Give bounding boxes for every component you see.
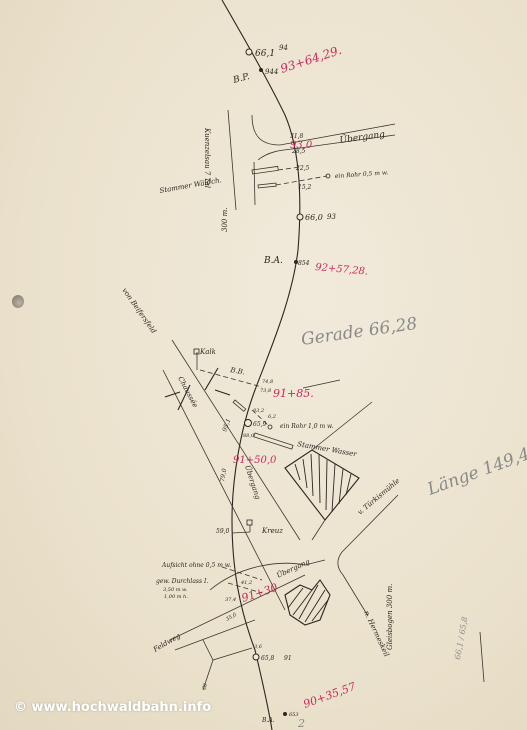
- label-hm-790: 79,0: [219, 468, 228, 483]
- label-km-65-9: 65,9: [253, 421, 267, 428]
- chaussee-line-2: [163, 370, 285, 610]
- pencil-corner: 66,1 / 65,8: [453, 616, 469, 660]
- track-plan-drawing: 66,1 94 B.P. 944 31,8 28,5 Übergang 22,5…: [0, 0, 527, 730]
- label-radius-300-right: Gleisbogen 300 m.: [386, 584, 394, 650]
- kreuz-box: [247, 520, 252, 525]
- chainage-crossing-mid: 91+50,0: [233, 455, 277, 466]
- label-hm-225: 22,5: [295, 165, 310, 172]
- label-hm-152: 15,2: [298, 184, 312, 191]
- label-hm-412: 41,2: [240, 580, 252, 586]
- label-hm-318: 31,8: [290, 133, 304, 140]
- chainage-bottom: 90+35,57: [302, 680, 358, 711]
- label-bp: B.P.: [231, 72, 251, 86]
- pipe-end-mid: [268, 425, 272, 429]
- bp-point: [259, 68, 263, 72]
- hatch-lines-1: [295, 454, 351, 512]
- cross-mark-3: [165, 392, 180, 397]
- kalk-box: [194, 349, 199, 354]
- culvert-top-2: [258, 183, 276, 188]
- label-radius-300-top: 300 m.: [221, 208, 229, 232]
- label-hm-28: 28: [201, 683, 209, 692]
- km-marker-66-1: [246, 49, 252, 55]
- label-bb-halt: B.B.: [229, 366, 246, 377]
- label-uebergang-mid: Übergang: [243, 464, 263, 501]
- label-durchlass-dims2: 1,00 m h.: [164, 594, 188, 600]
- label-v-turkismuehle: v. Türkismühle: [356, 477, 401, 517]
- ba-bottom-point: [283, 712, 287, 716]
- label-hm-738: 73,8: [260, 388, 271, 394]
- label-stammer-waeldchen: Stammer Wäldch.: [159, 176, 222, 195]
- main-track-line: [222, 0, 300, 730]
- label-km-65-8: 65,8: [261, 655, 275, 662]
- label-km-66-0-note: 93: [327, 213, 336, 221]
- label-hm-62: 6,2: [268, 414, 276, 420]
- road-left-vertical: [228, 110, 236, 210]
- label-uebergang-top: Übergang: [339, 128, 386, 146]
- label-ba-bottom: B.A.: [261, 717, 275, 724]
- pencil-laenge: Länge 149,43: [424, 440, 527, 500]
- label-hm-36: 3,6: [254, 644, 263, 650]
- label-kalk: Kalk: [199, 348, 216, 356]
- label-km-66-0: 66,0: [305, 213, 323, 222]
- map-sheet: 66,1 94 B.P. 944 31,8 28,5 Übergang 22,5…: [0, 0, 527, 730]
- km-marker-65-8: [253, 654, 259, 660]
- label-uebergang-low: Übergang: [275, 556, 311, 579]
- label-hm-590: 59,0: [216, 528, 230, 535]
- cross-mark-2: [215, 390, 230, 395]
- road-left-vertical-2: [254, 162, 255, 205]
- label-bp-val: 944: [265, 68, 278, 76]
- label-kreuz: Kreuz: [261, 527, 283, 535]
- label-hm-880: 88,0: [243, 433, 255, 439]
- lower-left-angle: [203, 640, 252, 660]
- label-stammer-wasser: Stammer Wasser: [297, 440, 358, 458]
- label-kuenzel: Kuenzelsau 7 Tal: [203, 127, 211, 188]
- culvert-mid: [233, 400, 246, 411]
- chainage-crossing-top: 93,0: [290, 140, 313, 151]
- chainage-halt: 91+85.: [273, 387, 314, 400]
- label-pipe-mid: ein Rohr 1,0 m w.: [280, 423, 333, 430]
- building-hatched-1: [285, 450, 359, 520]
- label-feldweg: Feldweg: [151, 632, 182, 655]
- label-hm-350: 35,0: [225, 612, 238, 623]
- label-von-beifersfeld: von Beifersfeld: [120, 287, 158, 336]
- label-ba-mid-val: 854: [298, 260, 310, 267]
- label-aufsicht: Aufsicht ohne 0,5 m w.: [161, 562, 231, 569]
- watermark: © www.hochwaldbahn.info: [14, 700, 211, 715]
- feldweg-line-2: [175, 620, 255, 650]
- cross-mark-1: [205, 368, 218, 390]
- km-marker-66-0: [297, 214, 303, 220]
- label-hm-748: 74,8: [262, 379, 273, 385]
- culvert-top: [252, 166, 278, 174]
- chainage-top: 93+64,29.: [279, 43, 344, 76]
- label-km-66-1-note: 94: [279, 44, 288, 52]
- label-durchlass: gew. Durchlass I.: [156, 578, 208, 585]
- pencil-bracket: [480, 632, 484, 682]
- label-pipe-top: ein Rohr 0,5 m w.: [335, 169, 389, 180]
- label-km-66-1: 66,1: [255, 49, 275, 59]
- label-hm-832: 83,2: [253, 408, 264, 414]
- pencil-gerade: Gerade 66,28: [300, 314, 419, 350]
- label-km-65-8-note: 91: [284, 655, 292, 662]
- label-durchlass-dims: 3,50 m w.: [163, 587, 188, 593]
- page-number: 2: [297, 717, 305, 730]
- label-ba-mid: B.A.: [263, 256, 283, 266]
- km-marker-65-9: [245, 420, 252, 427]
- km590-tick: [232, 532, 250, 533]
- chainage-middle: 92+57,28.: [315, 262, 369, 278]
- label-hm-374: 37,4: [225, 597, 236, 603]
- road-lower-left: [312, 520, 325, 540]
- culvert-mid-2: [254, 433, 293, 449]
